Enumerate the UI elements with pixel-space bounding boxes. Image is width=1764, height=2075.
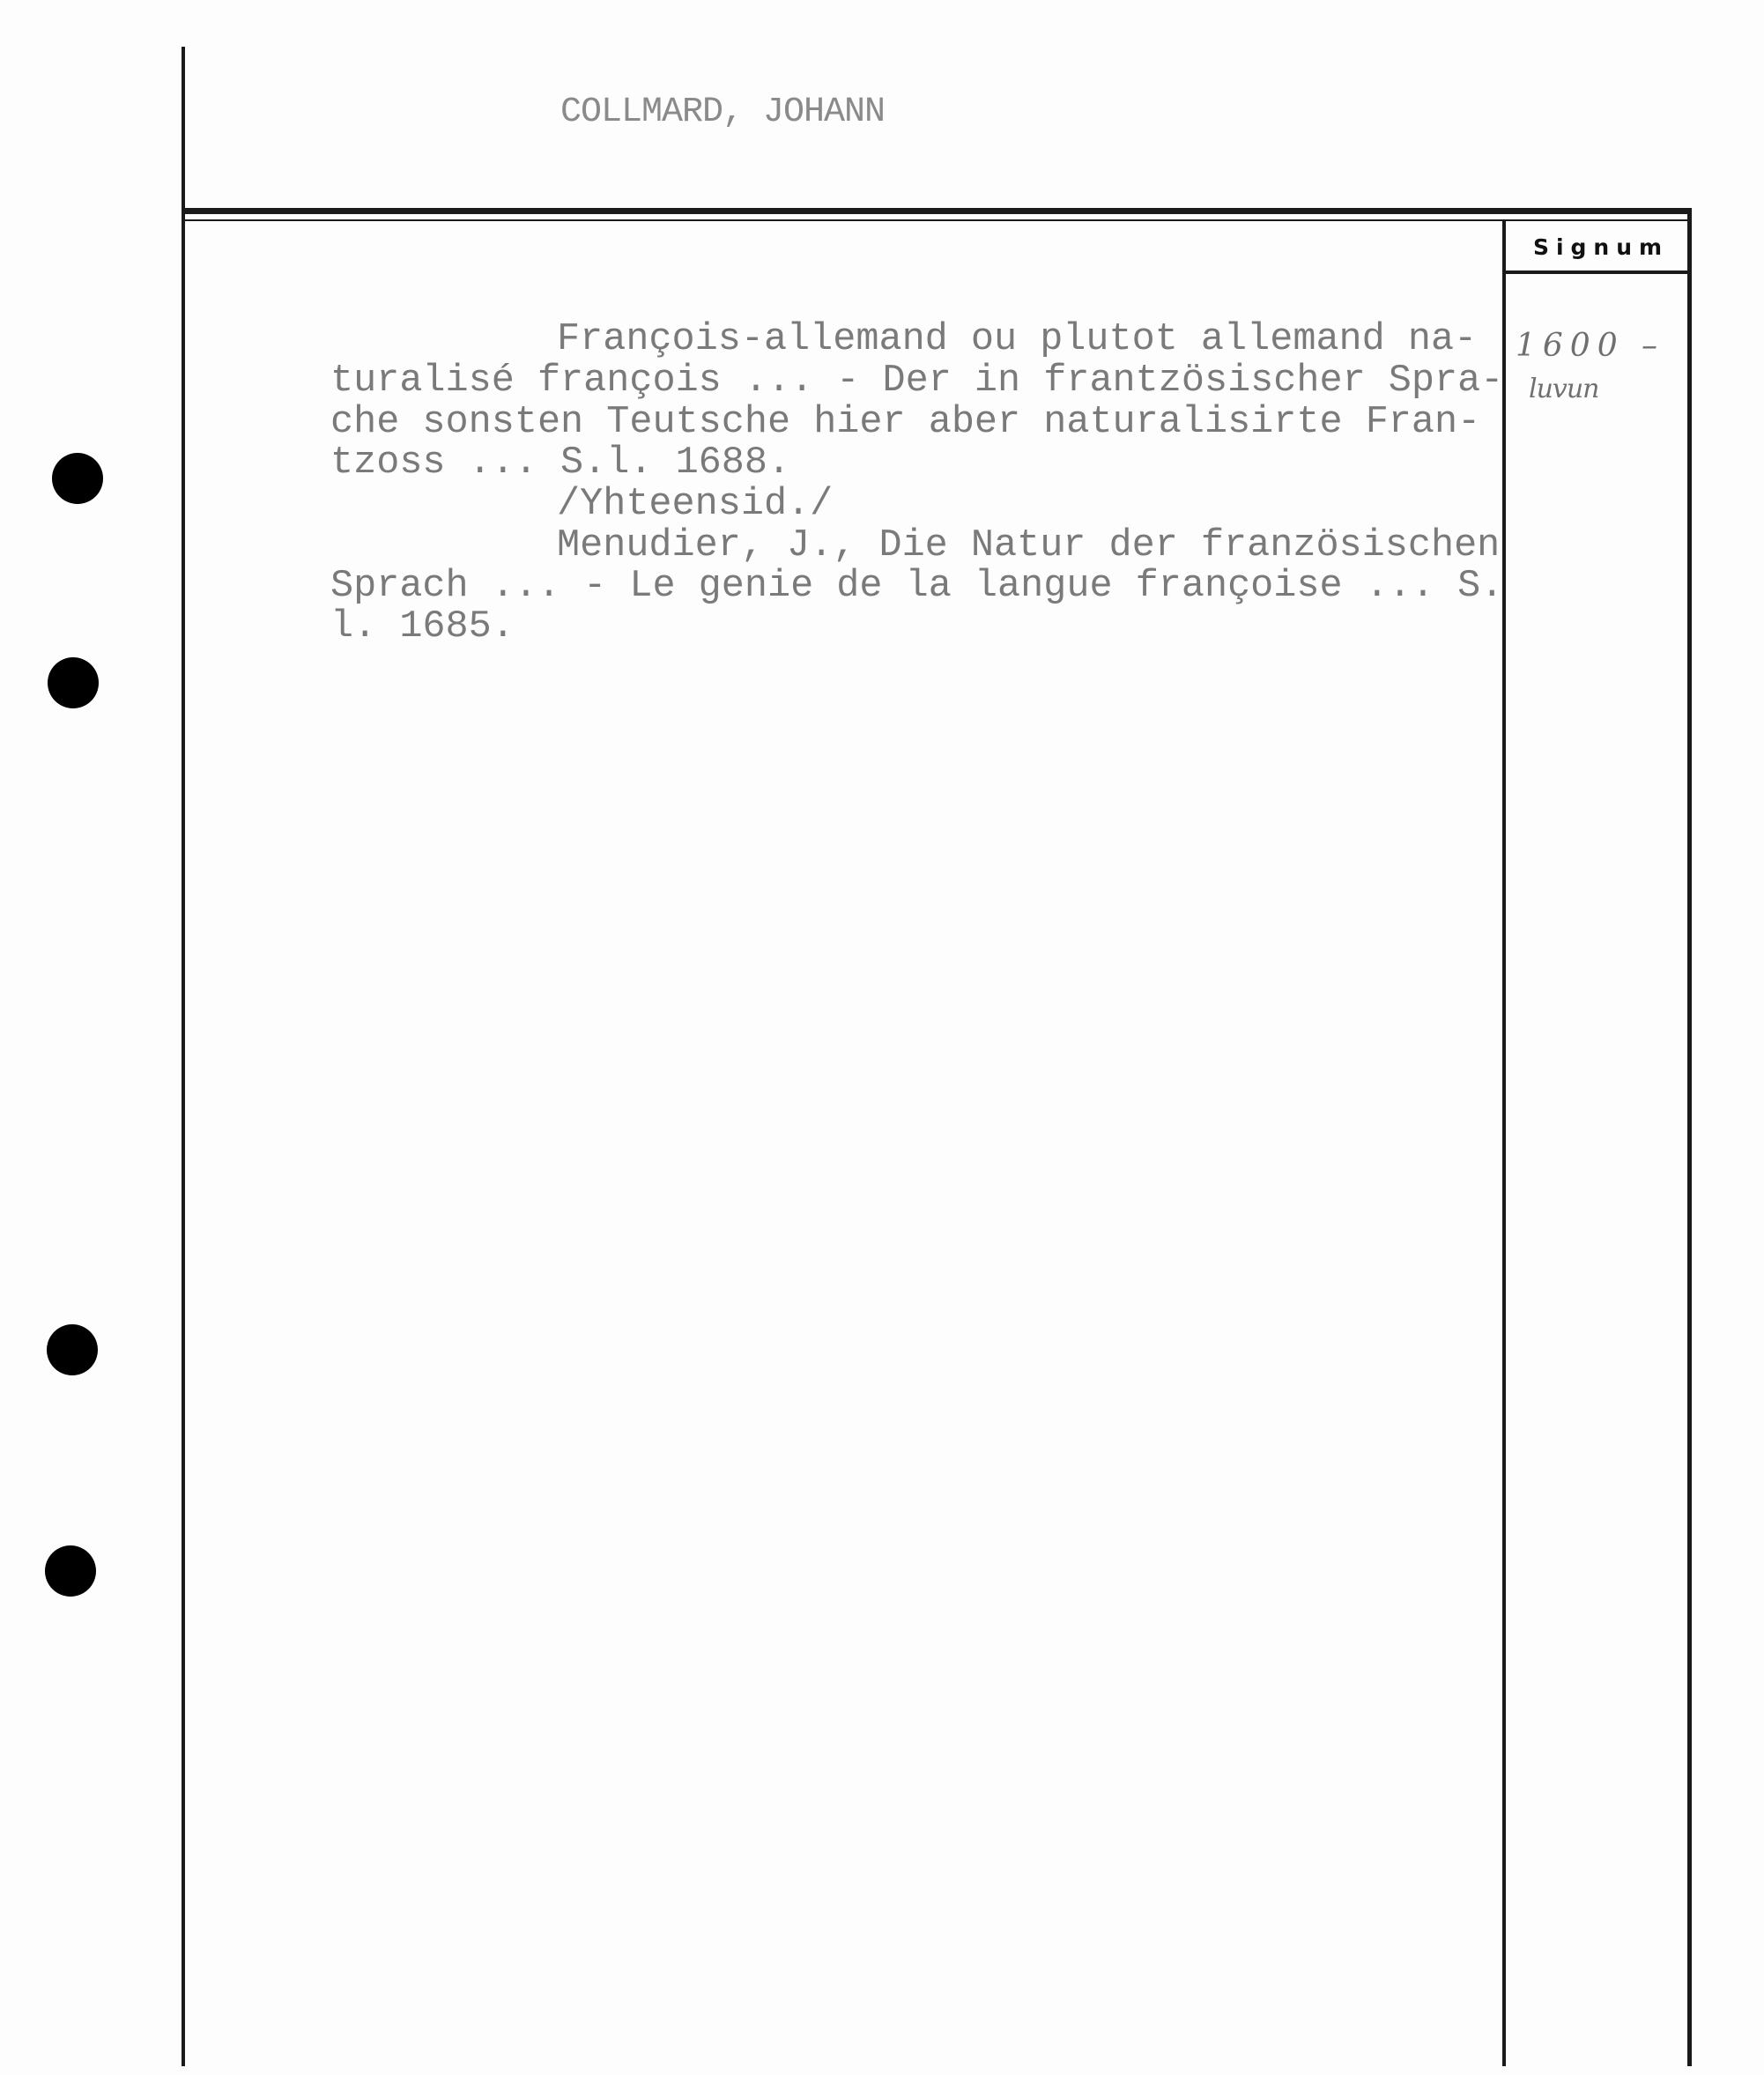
entry-2-line-1: Menudier, J., Die Natur der französische… bbox=[557, 524, 1500, 568]
card-heading: COLLMARD, JOHANN bbox=[560, 92, 885, 134]
entry-1-line-3: che sonsten Teutsche hier aber naturalis… bbox=[330, 401, 1480, 445]
entry-1-line-4: tzoss ... S.l. 1688. bbox=[330, 441, 790, 485]
punch-hole bbox=[45, 1545, 96, 1597]
entry-1-line-1: François-allemand ou plutot allemand na- bbox=[557, 318, 1477, 362]
header-thick-rule bbox=[183, 208, 1692, 214]
punch-hole bbox=[47, 1324, 98, 1375]
header-thin-rule bbox=[183, 219, 1692, 221]
signum-handwritten-line-1: 1600 – bbox=[1516, 328, 1664, 364]
signum-label: Signum bbox=[1505, 221, 1690, 272]
card-left-border bbox=[182, 47, 185, 2066]
entry-2-line-2: Sprach ... - Le genie de la langue franç… bbox=[330, 565, 1503, 609]
entry-2-line-3: l. 1685. bbox=[330, 605, 515, 649]
punch-hole bbox=[48, 657, 99, 708]
punch-hole bbox=[52, 453, 103, 504]
entry-1-line-2: turalisé françois ... - Der in frantzösi… bbox=[330, 359, 1503, 404]
signum-right-border bbox=[1687, 208, 1692, 2066]
entry-1-note: /Yhteensid./ bbox=[557, 483, 833, 527]
signum-handwritten-line-2: luvun bbox=[1529, 374, 1599, 404]
signum-left-border bbox=[1502, 221, 1506, 2066]
